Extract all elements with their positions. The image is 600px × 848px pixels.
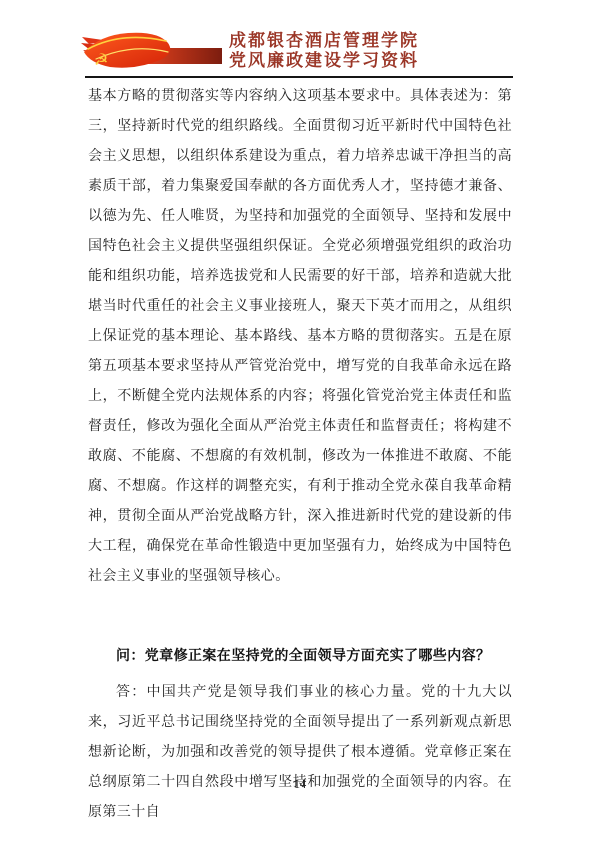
document-header: ☭ 成都银杏酒店管理学院 党风廉政建设学习资料 (80, 28, 515, 72)
question-heading: 问：党章修正案在坚持党的全面领导方面充实了哪些内容？ (88, 642, 512, 672)
header-doc-title: 党风廉政建设学习资料 (229, 51, 419, 71)
paragraph-continuation: 基本方略的贯彻落实等内容纳入这项基本要求中。具体表述为：第三，坚持新时代党的组织… (88, 82, 512, 592)
page-number: 14 (294, 777, 307, 791)
party-flame-logo-icon: ☭ (80, 28, 222, 72)
document-body: 基本方略的贯彻落实等内容纳入这项基本要求中。具体表述为：第三，坚持新时代党的组织… (88, 82, 512, 828)
paragraph-answer: 答：中国共产党是领导我们事业的核心力量。党的十九大以来，习近平总书记围绕坚持党的… (88, 678, 512, 828)
svg-text:☭: ☭ (94, 50, 108, 69)
header-org-name: 成都银杏酒店管理学院 (229, 31, 419, 51)
header-title-block: 成都银杏酒店管理学院 党风廉政建设学习资料 (229, 28, 419, 71)
page-footer: 14 (0, 775, 600, 793)
header-divider (85, 76, 513, 78)
document-page: ☭ 成都银杏酒店管理学院 党风廉政建设学习资料 基本方略的贯彻落实等内容纳入这项… (0, 0, 600, 848)
